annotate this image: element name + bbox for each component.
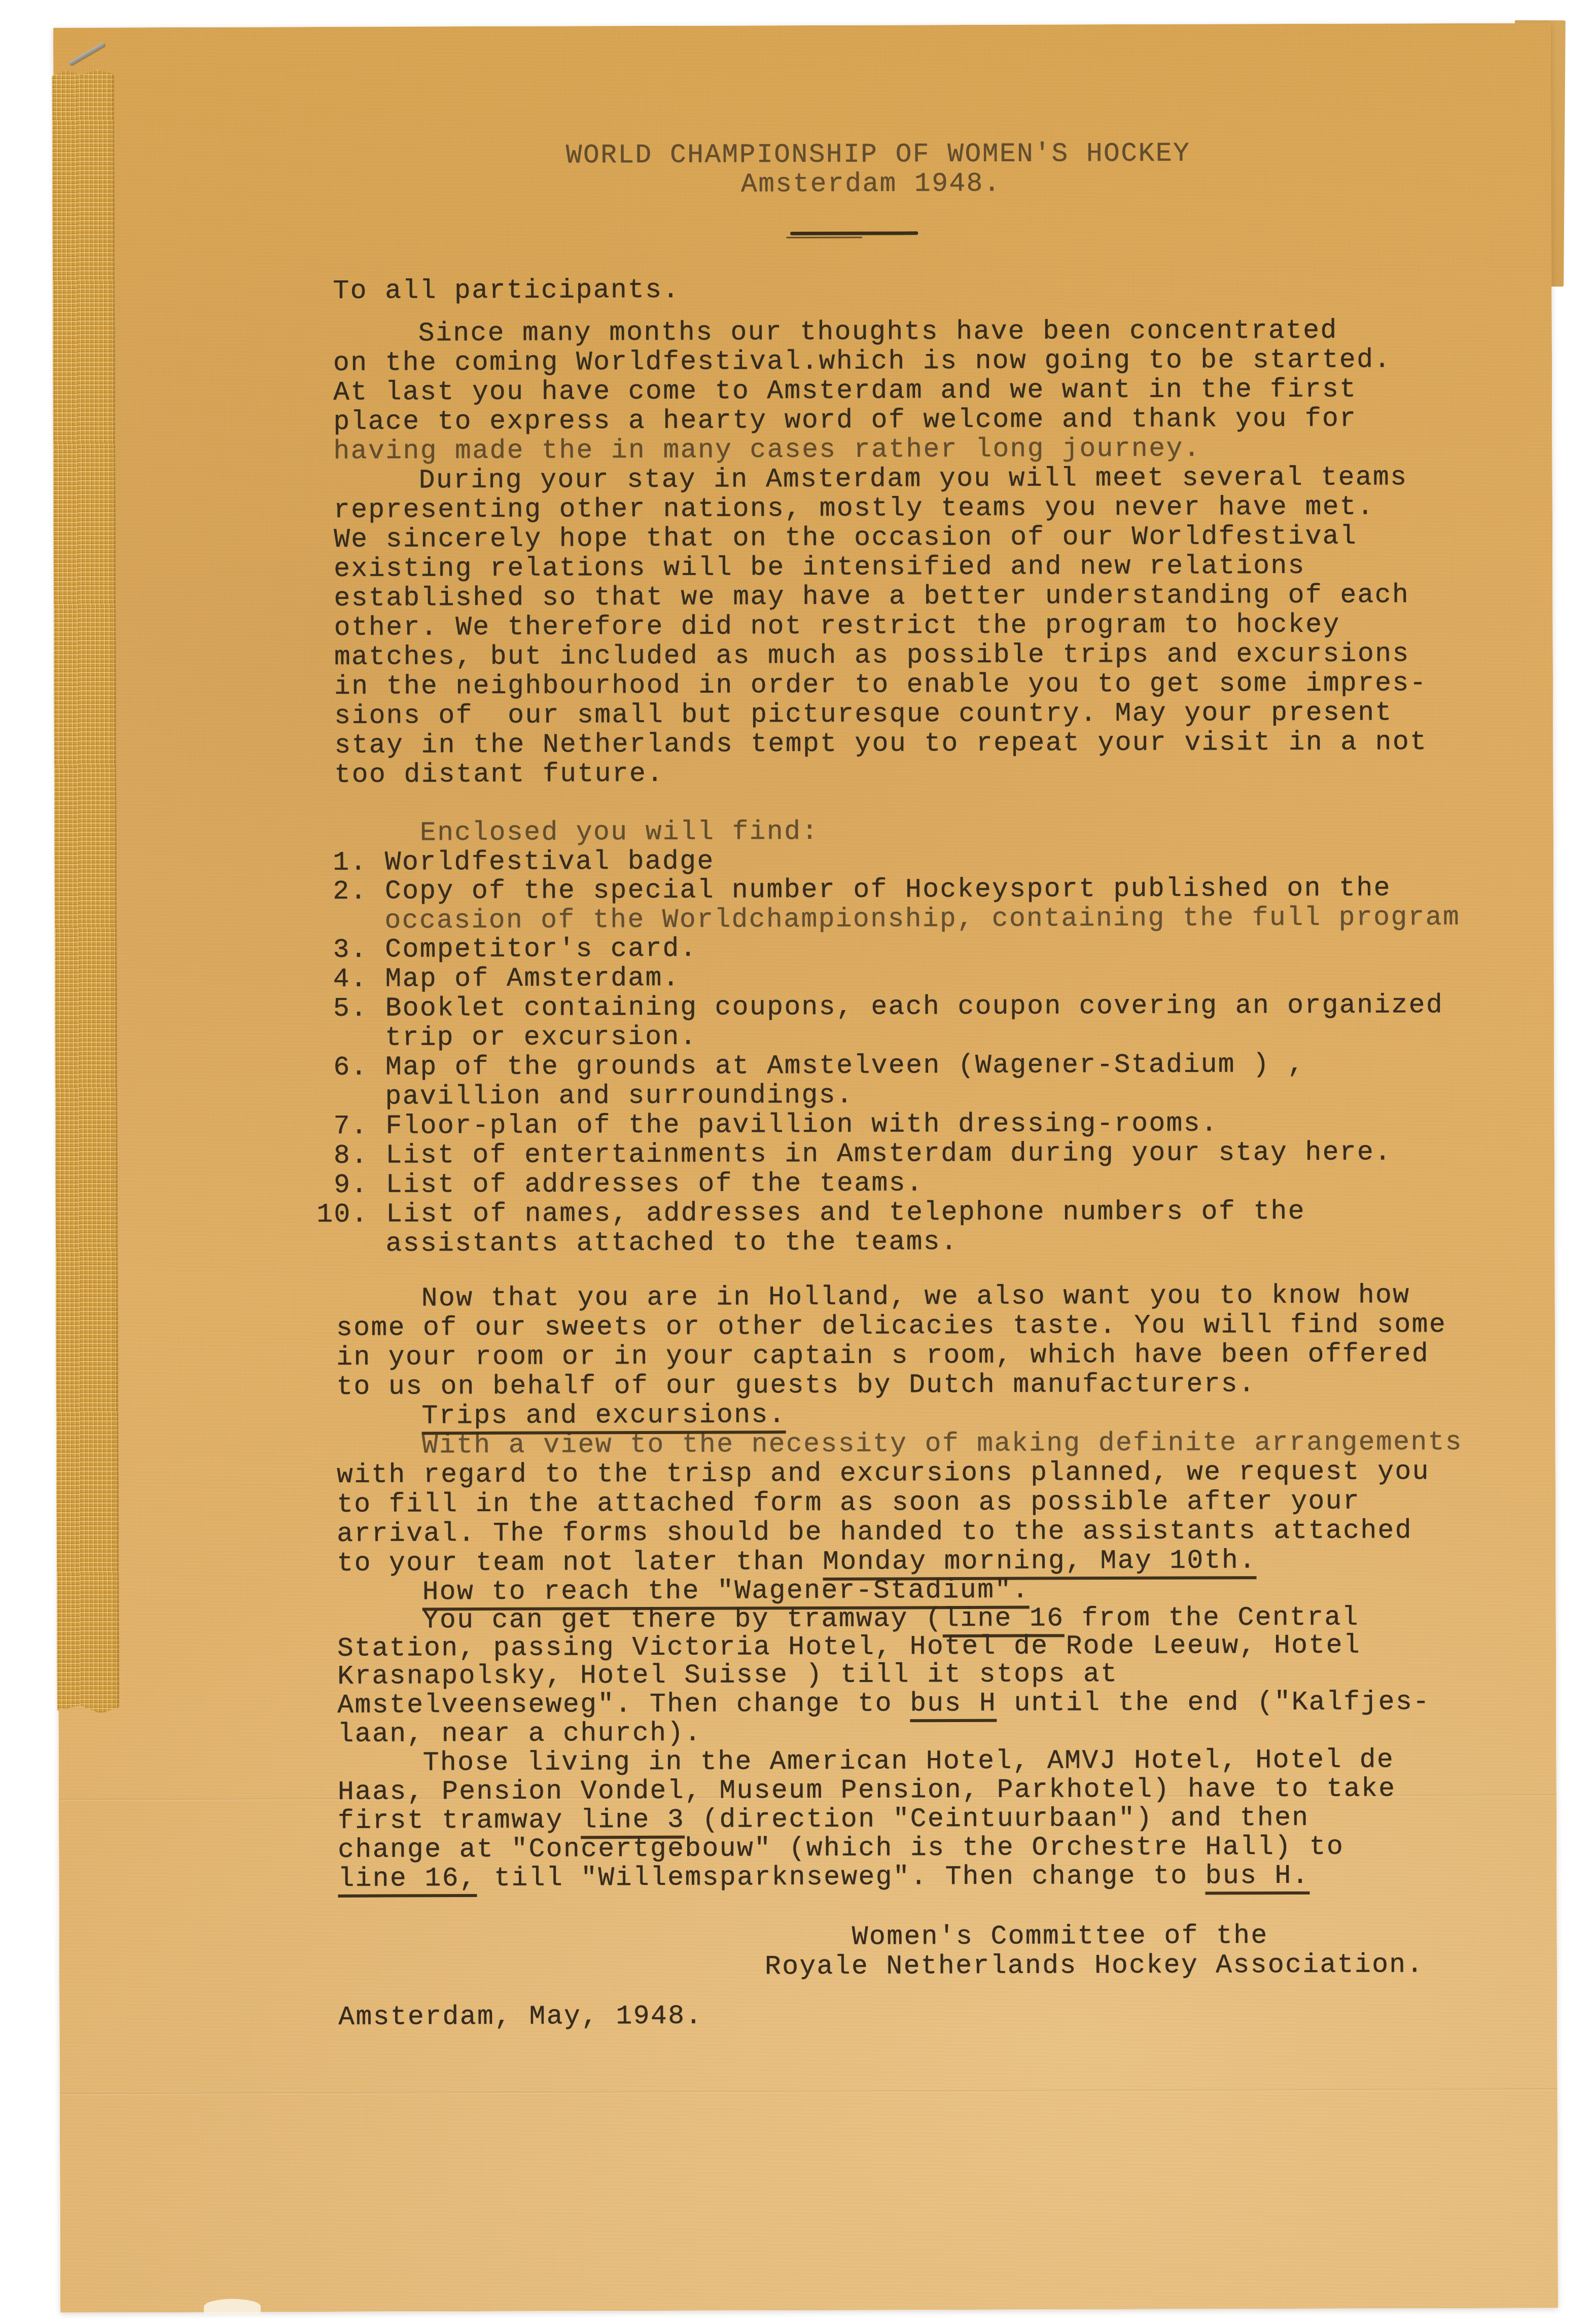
section-heading-stadium: How to reach the "Wagener-Stadium".: [422, 1577, 1030, 1606]
list-item: 3. Competitor's card.: [333, 935, 697, 964]
document-line: in the neighbourhood in order to enable …: [334, 669, 1427, 701]
document-line: line 16, till "Willemsparknseweg". Then …: [338, 1862, 1309, 1893]
text-segment: Amstelveenseweg". Then change to: [337, 1688, 910, 1721]
document-line: During your stay in Amsterdam you will m…: [419, 463, 1408, 495]
document-line: on the coming Worldfestival.which is now…: [333, 346, 1392, 377]
document-line: to fill in the attached form as soon as …: [337, 1488, 1360, 1519]
document-line: At last you have come to Amsterdam and w…: [333, 376, 1357, 407]
document-line: Since many months our thoughts have been…: [418, 317, 1338, 348]
text-segment: Haas, Pension Vondel, Museum Pension, Pa…: [338, 1773, 1396, 1807]
document-text: WORLD CHAMPIONSHIP OF WOMEN'S HOCKEYAmst…: [53, 23, 1558, 2312]
document-line: matches, but included as much as possibl…: [334, 640, 1410, 671]
document-line: Now that you are in Holland, we also wan…: [421, 1281, 1410, 1313]
text-segment: change at "Concertgebouw" (which is the …: [338, 1832, 1344, 1865]
text-segment: sions of our small but picturesque count…: [334, 697, 1393, 731]
underlined-text: bus H.: [1206, 1861, 1309, 1895]
document-line: Krasnapolsky, Hotel Suisse ) till it sto…: [337, 1660, 1118, 1691]
text-segment: Amsterdam 1948.: [741, 168, 1001, 200]
text-segment: (direction "Ceintuurbaan") and then: [685, 1803, 1309, 1835]
text-segment: from the Central: [1064, 1602, 1359, 1634]
document-line: place to express a hearty word of welcom…: [333, 405, 1357, 437]
text-segment: You can get there by tramway (: [422, 1603, 943, 1635]
document-line: sions of our small but picturesque count…: [334, 699, 1393, 730]
document-line: existing relations will be intensified a…: [334, 552, 1305, 584]
list-item: 1. Worldfestival badge: [333, 848, 715, 877]
text-segment: to your team not later than: [337, 1547, 823, 1579]
document-line: some of our sweets or other delicacies t…: [336, 1311, 1446, 1343]
text-segment: Station, passing Victoria Hotel, Hotel d…: [337, 1630, 1361, 1664]
document-line: to your team not later than Monday morni…: [337, 1547, 1256, 1578]
text-segment: trip or excursion.: [385, 1022, 697, 1053]
signature-line: Women's Committee of the: [852, 1922, 1268, 1951]
text-segment: 2. Copy of the special number of Hockeys…: [333, 873, 1391, 907]
section-heading-trips: Trips and excursions.: [421, 1401, 786, 1431]
document-line: laan, near a church).: [337, 1720, 701, 1749]
text-segment: to fill in the attached form as soon as …: [337, 1486, 1360, 1520]
document-subtitle: Amsterdam 1948.: [741, 170, 1001, 199]
list-item: 6. Map of the grounds at Amstelveen (Wag…: [333, 1051, 1305, 1082]
document-line: Those living in the American Hotel, AMVJ…: [423, 1746, 1395, 1777]
text-segment: arrival. The forms should be handed to t…: [337, 1515, 1412, 1549]
text-segment: 10. List of names, addresses and telepho…: [316, 1196, 1305, 1230]
list-item: 8. List of entertainments in Amsterdam d…: [334, 1138, 1392, 1170]
list-item: 2. Copy of the special number of Hockeys…: [333, 874, 1391, 906]
text-segment: to us on behalf of our guests by Dutch m…: [336, 1369, 1256, 1402]
text-segment: in your room or in your captain s room, …: [336, 1339, 1429, 1373]
paper-sheet: WORLD CHAMPIONSHIP OF WOMEN'S HOCKEYAmst…: [53, 23, 1558, 2312]
text-segment: 1. Worldfestival badge: [333, 846, 715, 878]
text-segment: Since many months our thoughts have been…: [418, 315, 1338, 349]
enclosures-heading: Enclosed you will find:: [420, 818, 819, 847]
list-item: assistants attached to the teams.: [385, 1228, 958, 1258]
text-segment: pavillion and surroundings.: [385, 1080, 854, 1112]
text-segment: established so that we may have a better…: [334, 580, 1409, 614]
text-segment: 6. Map of the grounds at Amstelveen (Wag…: [333, 1049, 1305, 1083]
list-item: 10. List of names, addresses and telepho…: [316, 1198, 1305, 1229]
dateline: Amsterdam, May, 1948.: [338, 2003, 702, 2032]
salutation: To all participants.: [333, 276, 680, 306]
list-item: 7. Floor-plan of the pavillion with dres…: [334, 1110, 1219, 1140]
underlined-text: bus H: [910, 1688, 997, 1723]
text-segment: till "Willemsparknseweg". Then change to: [477, 1861, 1206, 1894]
text-segment: To all participants.: [333, 275, 680, 306]
text-segment: other. We therefore did not restrict the…: [334, 610, 1340, 643]
underlined-text: line 16,: [338, 1863, 477, 1898]
text-segment: first tramway: [338, 1805, 581, 1836]
document-line: We sincerely hope that on the occasion o…: [334, 523, 1357, 554]
list-item: trip or excursion.: [385, 1023, 697, 1053]
document-line: established so that we may have a better…: [334, 581, 1409, 613]
text-segment: until the end ("Kalfjes-: [997, 1687, 1430, 1719]
document-line: change at "Concertgebouw" (which is the …: [338, 1833, 1344, 1865]
document-line: first tramway line 3 (direction "Ceintuu…: [338, 1804, 1309, 1836]
text-segment: stay in the Netherlands tempt you to rep…: [334, 727, 1427, 761]
text-segment: 7. Floor-plan of the pavillion with dres…: [334, 1108, 1219, 1141]
text-segment: Krasnapolsky, Hotel Suisse ) till it sto…: [337, 1659, 1118, 1692]
document-line: other. We therefore did not restrict the…: [334, 611, 1340, 642]
text-segment: Now that you are in Holland, we also wan…: [421, 1280, 1410, 1313]
text-segment: 5. Booklet containing coupons, each coup…: [333, 990, 1443, 1024]
text-segment: in the neighbourhood in order to enable …: [334, 668, 1427, 702]
list-item: 4. Map of Amsterdam.: [333, 964, 680, 994]
text-segment: Enclosed you will find:: [420, 816, 819, 848]
text-segment: During your stay in Amsterdam you will m…: [419, 462, 1408, 495]
text-segment: place to express a hearty word of welcom…: [333, 404, 1357, 437]
text-segment: representing other nations, mostly teams…: [334, 491, 1374, 525]
signature-line: Royale Netherlands Hockey Association.: [765, 1951, 1424, 1981]
document-line: With a view to the necessity of making d…: [422, 1428, 1463, 1460]
text-segment: having made the in many cases rather lon…: [333, 434, 1200, 467]
document-line: representing other nations, mostly teams…: [334, 493, 1374, 524]
document-line: having made the in many cases rather lon…: [333, 435, 1200, 466]
list-item: 9. List of addresses of the teams.: [334, 1169, 924, 1199]
text-segment: Women's Committee of the: [852, 1920, 1268, 1952]
text-segment: existing relations will be intensified a…: [334, 551, 1305, 584]
text-segment: laan, near a church).: [337, 1718, 701, 1749]
document-line: Station, passing Victoria Hotel, Hotel d…: [337, 1632, 1361, 1663]
text-segment: occasion of the Worldchampionship, conta…: [384, 902, 1460, 936]
text-segment: matches, but included as much as possibl…: [334, 638, 1410, 672]
text-segment: WORLD CHAMPIONSHIP OF WOMEN'S HOCKEY: [566, 138, 1191, 171]
document-line: arrival. The forms should be handed to t…: [337, 1517, 1412, 1548]
text-segment: We sincerely hope that on the occasion o…: [334, 521, 1357, 555]
text-segment: on the coming Worldfestival.which is now…: [333, 344, 1392, 378]
list-item: occasion of the Worldchampionship, conta…: [384, 904, 1460, 935]
document-line: too distant future.: [334, 760, 664, 790]
text-segment: 4. Map of Amsterdam.: [333, 963, 680, 994]
text-segment: At last you have come to Amsterdam and w…: [333, 374, 1357, 408]
document-line: Amstelveenseweg". Then change to bus H u…: [337, 1688, 1430, 1720]
text-segment: some of our sweets or other delicacies t…: [336, 1309, 1446, 1343]
text-segment: 3. Competitor's card.: [333, 934, 697, 965]
scanned-letter-screenshot: WORLD CHAMPIONSHIP OF WOMEN'S HOCKEYAmst…: [0, 0, 1595, 2324]
document-line: Haas, Pension Vondel, Museum Pension, Pa…: [338, 1775, 1396, 1806]
text-segment: assistants attached to the teams.: [385, 1227, 958, 1259]
list-item: 5. Booklet containing coupons, each coup…: [333, 991, 1443, 1023]
document-title: WORLD CHAMPIONSHIP OF WOMEN'S HOCKEY: [566, 140, 1191, 170]
text-segment: Royale Netherlands Hockey Association.: [765, 1949, 1424, 1982]
document-line: in your room or in your captain s room, …: [336, 1340, 1429, 1372]
text-segment: Amsterdam, May, 1948.: [338, 2001, 702, 2032]
text-segment: 9. List of addresses of the teams.: [334, 1168, 924, 1200]
text-segment: With a view to the necessity of making d…: [422, 1427, 1463, 1460]
text-segment: Those living in the American Hotel, AMVJ…: [423, 1744, 1395, 1778]
text-segment: with regard to the trisp and excursions …: [337, 1456, 1430, 1490]
text-segment: too distant future.: [334, 759, 664, 790]
list-item: pavillion and surroundings.: [385, 1082, 854, 1112]
document-line: with regard to the trisp and excursions …: [337, 1458, 1430, 1489]
text-segment: 8. List of entertainments in Amsterdam d…: [334, 1137, 1392, 1171]
document-line: to us on behalf of our guests by Dutch m…: [336, 1370, 1256, 1401]
document-line: stay in the Netherlands tempt you to rep…: [334, 728, 1427, 760]
